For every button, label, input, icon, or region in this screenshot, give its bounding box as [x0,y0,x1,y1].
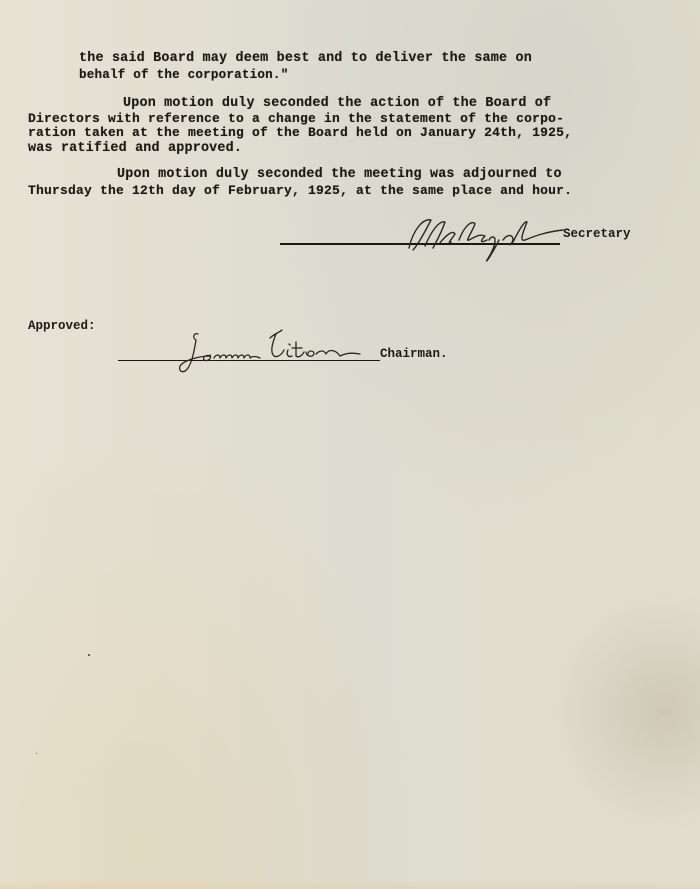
approved-label: Approved: [28,318,96,334]
chairman-signature [170,328,375,378]
document-page: the said Board may deem best and to deli… [0,0,700,889]
paragraph-1-line-2: behalf of the corporation." [79,67,288,83]
paper-speck [88,654,90,656]
secretary-signature [395,210,570,265]
paragraph-2-line-1: Upon motion duly seconded the action of … [123,96,551,112]
paragraph-2-line-4: was ratified and approved. [28,141,242,157]
paragraph-1-line-1: the said Board may deem best and to deli… [79,51,532,67]
paragraph-2-line-3: ration taken at the meeting of the Board… [28,125,572,141]
paragraph-3-line-1: Upon motion duly seconded the meeting wa… [117,167,562,183]
paper-edge [0,881,700,889]
paragraph-3-line-2: Thursday the 12th day of February, 1925,… [28,183,572,199]
paper-speck [36,753,37,754]
chairman-title: Chairman. [380,346,448,362]
secretary-title: Secretary [563,226,631,242]
